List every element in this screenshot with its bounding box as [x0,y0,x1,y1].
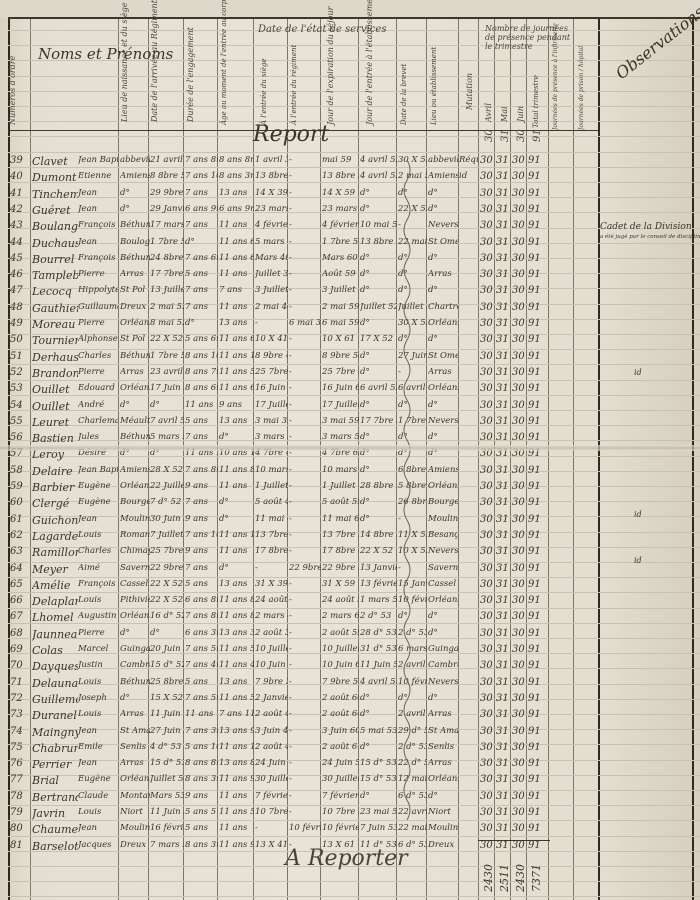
row-firstname: Jean [78,204,118,214]
row-juin: 30 [512,220,527,231]
ruled-line [8,106,700,107]
row-juin: 30 [512,742,527,753]
row-surname: Leuret [32,416,78,429]
row-entry: d° [360,514,397,524]
row-avril: 30 [480,742,495,753]
row-etat-1: 2 mai 40 [255,302,288,312]
row-duration: 7 ans 5m [185,644,218,654]
row-duration: 8 ans 7m [185,367,218,377]
ruled-line [8,76,700,77]
row-etat-1: 10 Juillet 40 [255,644,288,654]
row-mai: 31 [496,823,511,834]
row-firstname: Jules [78,432,118,442]
row-surname: Jaunneau [32,628,78,641]
row-total: 91 [528,188,546,199]
row-number: 65 [10,579,30,590]
row-arrival-date: 2 mai 52 [150,302,184,312]
row-birthplace: Amiens [120,171,150,181]
row-etat-1: 10 7bre 38 [255,807,288,817]
row-surname: Clavet [32,155,78,168]
row-firstname: Eugène [78,497,118,507]
row-mai: 31 [496,400,511,411]
row-expiration: 10 février 63 [322,823,359,833]
row-entry: 17 X 52 [360,334,397,344]
row-etat-1: 10 X 41 [255,334,288,344]
row-establishment: Dreux [428,840,458,850]
row-duration: 8 ans 3m [185,774,218,784]
row-entry: 13 février 53 [360,579,397,589]
row-arrival-date: 7 Juillet 52 [150,530,184,540]
row-mai: 31 [496,171,511,182]
row-juin: 30 [512,302,527,313]
row-avril: 30 [480,579,495,590]
row-etat-2: - [289,628,321,638]
row-age: d° [219,432,254,442]
row-surname: Barselot [32,840,78,853]
row-establishment: abbeville [428,155,458,165]
row-etat-2: - [289,367,321,377]
row-age: 11 ans [219,302,254,312]
row-mai: 31 [496,334,511,345]
row-establishment: d° [428,400,458,410]
row-total: 91 [528,628,546,639]
row-juin: 30 [512,416,527,427]
row-entry: d° [360,318,397,328]
row-expiration: 23 mars 59 [322,204,359,214]
row-etat-1: 2 août 44 [255,709,288,719]
row-etat-1: 14 X 39 [255,188,288,198]
row-surname: Amélie [32,579,78,592]
row-total: 91 [528,237,546,248]
row-mai: 31 [496,220,511,231]
row-total: 91 [528,742,546,753]
row-etat-1: 2 août 39 [255,628,288,638]
row-duration: d° [185,318,218,328]
row-entry: d° [360,367,397,377]
row-establishment: Arras [428,269,458,279]
row-surname: Tournier [32,334,78,347]
row-juin: 30 [512,318,527,329]
row-etat-2: 22 9bre 40 [289,563,321,573]
row-birthplace: abbeville [120,155,150,165]
row-age: 11 ans 6m [219,237,254,247]
row-juin: 30 [512,546,527,557]
row-establishment: St Omer [428,351,458,361]
row-etat-2: - [289,546,321,556]
row-duration: 5 ans [185,823,218,833]
row-mai: 31 [496,155,511,166]
row-avril: 30 [480,791,495,802]
row-firstname: François [78,253,118,263]
total-trimestre: 7371 [530,864,543,892]
row-etat-1: 3 mai 39 [255,416,288,426]
row-firstname: Justin [78,660,118,670]
row-total: 91 [528,220,546,231]
row-etat-2: - [289,383,321,393]
row-expiration: 16 Juin 61 [322,383,359,393]
row-number: 47 [10,285,30,296]
header-avril: Avril [484,103,493,122]
row-avril: 30 [480,171,495,182]
row-number: 72 [10,693,30,704]
row-establishment: Bourges [428,497,458,507]
row-avril: 30 [480,823,495,834]
days-total: 91 [532,129,543,142]
row-establishment: Orléans [428,774,458,784]
row-etat-2: - [289,237,321,247]
row-surname: Lagarde [32,530,78,543]
row-number: 80 [10,823,30,834]
row-etat-1: 24 août 38 [255,595,288,605]
row-duration: 9 ans [185,481,218,491]
row-juin: 30 [512,171,527,182]
row-duration: 5 ans [185,677,218,687]
row-duration: 7 ans 6m [185,253,218,263]
row-entry: 4 avril 52 [360,155,397,165]
row-establishment: Amiens [428,465,458,475]
row-surname: Clergé [32,497,78,510]
row-total: 91 [528,644,546,655]
row-entry: 31 d° 53 [360,644,397,654]
row-arrival-date: 30 Juin 52 [150,514,184,524]
row-firstname: Aimé [78,563,118,573]
days-mai: 31 [500,129,511,142]
row-entry: d° [360,351,397,361]
row-duration: 7 ans 4m [185,660,218,670]
row-entry: Juillet 52 [360,302,397,312]
row-mai: 31 [496,481,511,492]
header-mai: Mai [500,106,509,122]
row-establishment: Chartres [428,302,458,312]
row-avril: 30 [480,302,495,313]
header-extra-2: Journées de prison / hôpital [578,46,585,130]
row-etat-2: - [289,432,321,442]
row-etat-1: 30 Juillet 41 [255,774,288,784]
row-surname: Lecocq [32,285,78,298]
row-juin: 30 [512,660,527,671]
remark-52: id [634,368,642,377]
row-firstname: Jean Baptiste [78,465,118,475]
row-expiration: 3 mai 59 [322,416,359,426]
row-number: 75 [10,742,30,753]
row-arrival-date: 16 février 53 [150,823,184,833]
row-firstname: Jacques [78,840,118,850]
row-arrival-date: 17 Juin 52 [150,383,184,393]
row-age: 11 ans 5m [219,367,254,377]
row-establishment: d° [428,285,458,295]
row-arrival-date: 8 mai 52 [150,318,184,328]
row-etat-1: 10 Juin 42 [255,660,288,670]
row-entry: d° [360,188,397,198]
row-age: 11 ans 5m [219,693,254,703]
row-birthplace: Béthune [120,432,150,442]
row-firstname: Jean [78,758,118,768]
header-lieu-etablissement: Lieu ou établissement [430,47,438,125]
row-duration: 5 ans [185,416,218,426]
row-birthplace: d° [120,400,150,410]
row-firstname: Eugène [78,481,118,491]
row-birthplace: Orléans [120,611,150,621]
row-etat-1: 3 mars 39 [255,432,288,442]
row-total: 91 [528,726,546,737]
row-expiration: 7 février 62 [322,791,359,801]
header-total: Total trimestre [532,75,540,128]
row-juin: 30 [512,563,527,574]
row-mai: 31 [496,237,511,248]
row-firstname: Louis [78,677,118,687]
row-number: 69 [10,644,30,655]
row-arrival-date: d° [150,400,184,410]
row-birthplace: Béthune [120,220,150,230]
row-avril: 30 [480,204,495,215]
row-surname: Boulanger [32,220,78,233]
row-avril: 30 [480,432,495,443]
row-juin: 30 [512,807,527,818]
row-total: 91 [528,155,546,166]
row-total: 91 [528,546,546,557]
header-entree-etablissement: Jour de l'entrée à l'établissement [365,0,374,125]
row-etat-1: 13 X 41 [255,840,288,850]
row-mai: 31 [496,530,511,541]
row-firstname: Jean [78,237,118,247]
row-surname: Duranel [32,709,78,722]
row-firstname: Eugène [78,774,118,784]
remark-43-sub: a été jugé par le conseil de discipline [600,234,700,240]
row-total: 91 [528,563,546,574]
row-entry: 22 X 52 [360,546,397,556]
row-expiration: 4 février 59 [322,220,359,230]
row-mai: 31 [496,660,511,671]
row-duration: 7 ans [185,285,218,295]
row-establishment: Cassel [428,579,458,589]
row-expiration: 30 Juillet 61 [322,774,359,784]
row-etat-2: - [289,530,321,540]
row-establishment: Nevers [428,677,458,687]
row-surname: Brial [32,774,78,787]
row-total: 91 [528,709,546,720]
row-etat-1: 1 avril 39 [255,155,288,165]
row-mai: 31 [496,644,511,655]
row-total: 91 [528,253,546,264]
row-arrival-date: 1 7bre 55 [150,351,184,361]
row-birthplace: Orléans [120,774,150,784]
row-age: 11 ans 10m [219,742,254,752]
row-mai: 31 [496,188,511,199]
row-age: 11 ans [219,791,254,801]
row-total: 91 [528,579,546,590]
row-total: 91 [528,204,546,215]
row-age: 11 ans 8m [219,595,254,605]
header-lieu-naissance: Lieu de naissance et du siège [120,2,129,122]
row-entry: 15 d° 53 [360,758,397,768]
row-arrival-date: 28 X 52 [150,465,184,475]
row-number: 46 [10,269,30,280]
row-mai: 31 [496,726,511,737]
row-expiration: 2 mai 59 [322,302,359,312]
row-juin: 30 [512,840,527,851]
row-etat-2: - [289,188,321,198]
row-age: 11 ans 6m [219,383,254,393]
row-total: 91 [528,432,546,443]
row-birthplace: Arras [120,709,150,719]
row-mai: 31 [496,677,511,688]
row-etat-1: 7 février 42 [255,791,288,801]
row-duration: 5 ans [185,269,218,279]
row-establishment: Besançon [428,530,458,540]
row-avril: 30 [480,660,495,671]
row-establishment: d° [428,253,458,263]
row-etat-2: - [289,758,321,768]
row-etat-2: - [289,693,321,703]
row-arrival-date: 8 8bre 55 [150,171,184,181]
row-avril: 30 [480,400,495,411]
row-total: 91 [528,334,546,345]
row-entry: 1 mars 53 [360,595,397,605]
row-avril: 30 [480,269,495,280]
row-birthplace: Montargis [120,791,150,801]
row-duration: 7 ans [185,432,218,442]
row-surname: Moreau [32,318,78,331]
row-juin: 30 [512,269,527,280]
remark-61: id [634,510,642,519]
row-entry: 7 Juin 53 [360,823,397,833]
row-duration: 11 ans [185,400,218,410]
row-total: 91 [528,465,546,476]
row-age: 11 ans 5m [219,807,254,817]
row-etat-1: Mars 40 [255,253,288,263]
row-expiration: 31 X 59 [322,579,359,589]
row-age: 11 ans 9m [219,774,254,784]
row-duration: 8 ans 10m [185,351,218,361]
row-mai: 31 [496,383,511,394]
row-etat-2: - [289,285,321,295]
row-avril: 30 [480,334,495,345]
row-juin: 30 [512,204,527,215]
row-total: 91 [528,351,546,362]
row-avril: 30 [480,220,495,231]
row-arrival-date: 1 7bre 53 [150,237,184,247]
row-entry: 13 8bre 52 [360,237,397,247]
row-juin: 30 [512,351,527,362]
row-juin: 30 [512,677,527,688]
row-surname: Meyer [32,563,78,576]
row-juin: 30 [512,285,527,296]
row-mai: 31 [496,351,511,362]
row-birthplace: St Pol [120,334,150,344]
row-firstname: Louis [78,709,118,719]
row-arrival-date: d° [150,628,184,638]
row-avril: 30 [480,563,495,574]
row-firstname: Hippolyte [78,285,118,295]
row-surname: Colas [32,644,78,657]
row-number: 49 [10,318,30,329]
row-mai: 31 [496,611,511,622]
row-age: 13 ans [219,677,254,687]
row-establishment: d° [428,628,458,638]
row-arrival-date: 15 X 52 [150,693,184,703]
row-etat-1: 16 Juin 41 [255,383,288,393]
row-expiration: 2 août 64 [322,709,359,719]
row-mai: 31 [496,204,511,215]
row-mai: 31 [496,693,511,704]
row-etat-1: 24 Juin 39 [255,758,288,768]
row-age: 13 ans [219,318,254,328]
row-duration: 7 ans [185,188,218,198]
row-etat-1: - [255,563,288,573]
row-etat-1: 2 Janvier 40 [255,693,288,703]
header-date-etat-2: À l'entrée du régiment [290,45,298,125]
row-firstname: Augustin [78,611,118,621]
row-etat-2: - [289,334,321,344]
row-juin: 30 [512,383,527,394]
row-mai: 31 [496,285,511,296]
row-establishment: Moulins [428,514,458,524]
row-birthplace: Arras [120,758,150,768]
row-firstname: Marcel [78,644,118,654]
row-number: 55 [10,416,30,427]
row-arrival-date: 22 X 52 [150,579,184,589]
row-avril: 30 [480,188,495,199]
row-mai: 31 [496,840,511,851]
row-entry: 28 d° 53 [360,628,397,638]
row-entry: 10 mai 52 [360,220,397,230]
row-total: 91 [528,677,546,688]
row-etat-1: 8 9bre 40 [255,351,288,361]
row-total: 91 [528,400,546,411]
row-avril: 30 [480,481,495,492]
row-birthplace: Dreux [120,302,150,312]
row-avril: 30 [480,546,495,557]
row-duration: 6 ans 9m [185,204,218,214]
row-surname: Ouillet [32,400,78,413]
total-mai: 2511 [498,864,511,892]
row-total: 91 [528,530,546,541]
row-mai: 31 [496,579,511,590]
row-etat-1: 5 août 40 [255,497,288,507]
ruled-line [8,121,700,122]
row-etat-1: 17 Juillet 43 [255,400,288,410]
row-entry: 6 avril 52 [360,383,397,393]
row-etat-2: - [289,400,321,410]
row-birthplace: Romans [120,530,150,540]
row-juin: 30 [512,644,527,655]
row-establishment: Moulins [428,823,458,833]
remark-43: Cadet de la Division [600,222,692,232]
row-surname: Bourrel [32,253,78,266]
row-birthplace: Pithiviers [120,595,150,605]
row-etat-1: 17 8bre 41 [255,546,288,556]
row-avril: 30 [480,367,495,378]
row-age: 13 ans [219,416,254,426]
row-arrival-date: 7 mars 53 [150,840,184,850]
days-avril: 30 [484,129,495,142]
row-age: 11 ans [219,823,254,833]
row-duration: 7 ans 5m [185,693,218,703]
row-age: 9 ans [219,400,254,410]
row-etat-2: - [289,595,321,605]
row-juin: 30 [512,611,527,622]
row-avril: 30 [480,416,495,427]
row-etat-1: 3 Juillet 42 [255,285,288,295]
row-expiration: Mars 60 [322,253,359,263]
row-firstname: Guillaume [78,302,118,312]
row-birthplace: Saverne [120,563,150,573]
row-surname: Duchaussoy [32,237,78,250]
row-surname: Guéret [32,204,78,217]
row-entry: 11 Juin 53 [360,660,397,670]
row-etat-2: - [289,611,321,621]
row-birthplace: d° [120,204,150,214]
